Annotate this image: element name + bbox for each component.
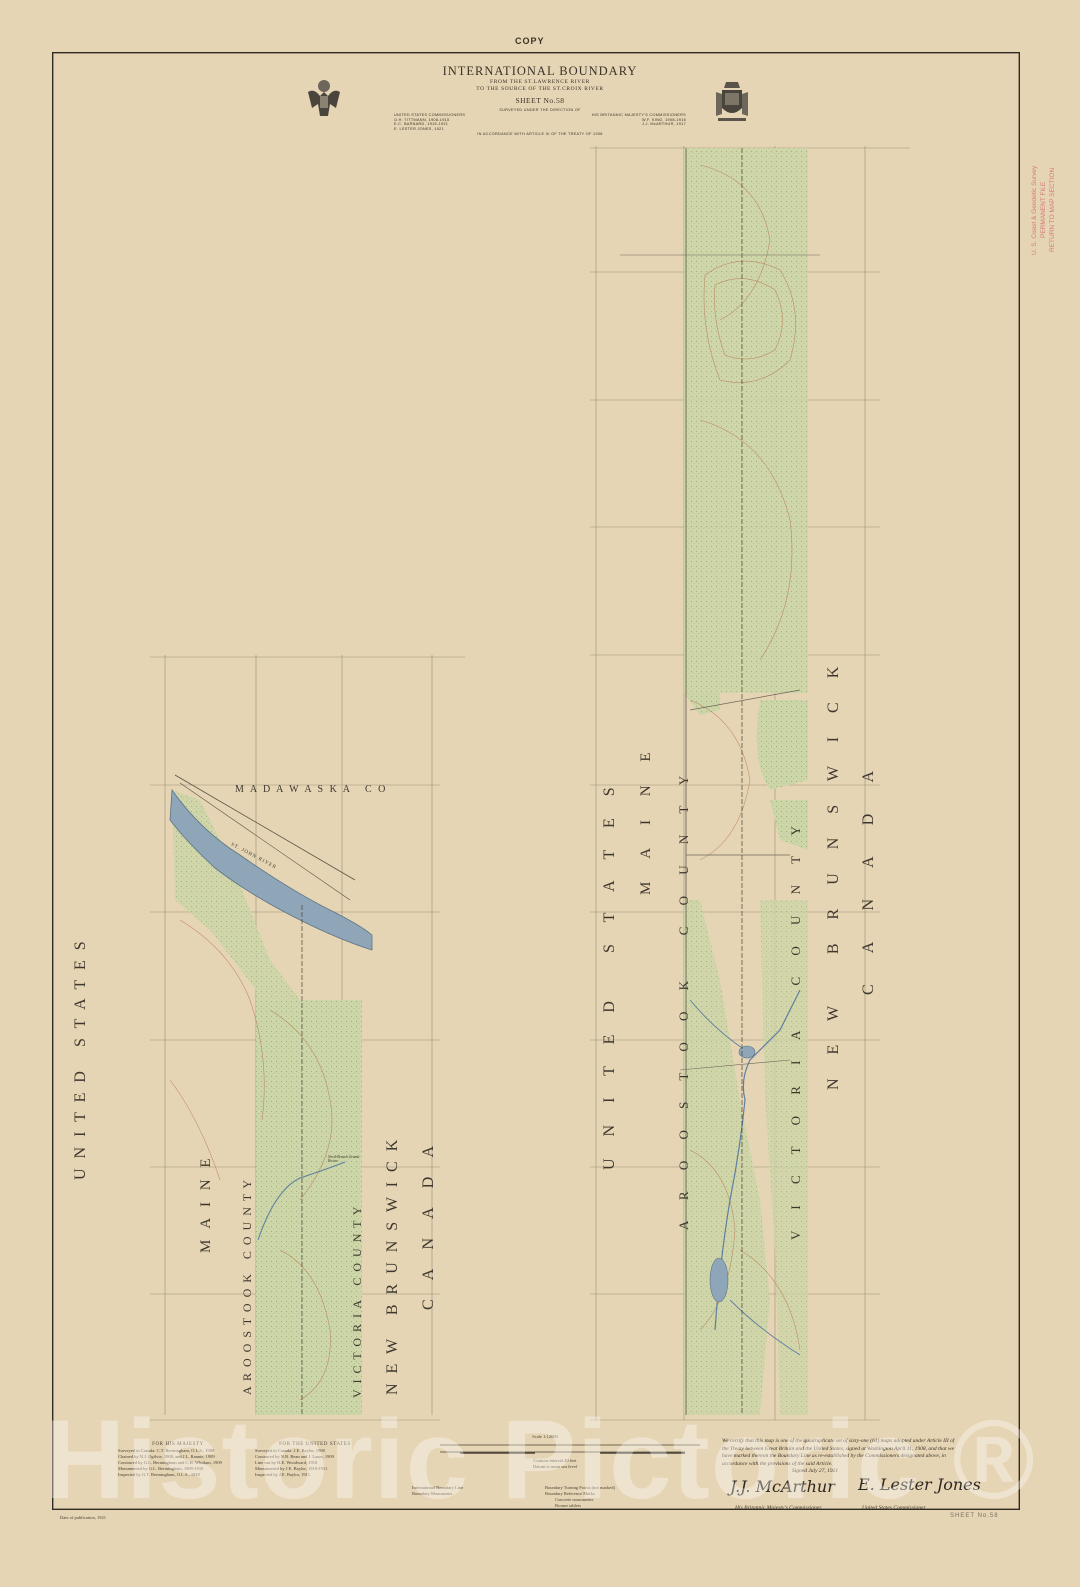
united-states-label-right: U N I T E D S T A T E S xyxy=(601,778,619,1170)
north-branch-label: North Branch Grande Riviere xyxy=(328,1155,368,1163)
lake xyxy=(710,1258,728,1302)
watermark: Historic Pictoric ® xyxy=(0,1395,1080,1524)
canada-label-right: C A N A D A xyxy=(860,757,878,995)
new-brunswick-label-left: N E W B R U N S W I C K xyxy=(384,1137,402,1395)
united-states-label-left: U N I T E D S T A T E S xyxy=(72,950,90,1180)
aroostook-county-label-left: A R O O S T O O K C O U N T Y xyxy=(240,1178,255,1395)
maine-label-right: M A I N E xyxy=(638,742,655,895)
madawaska-county-label: M A D A W A S K A C O xyxy=(235,784,387,795)
new-brunswick-label-right: N E W B R U N S W I C K xyxy=(825,657,843,1090)
maine-label-left: M A I N E xyxy=(198,1154,215,1253)
canada-label-left: C A N A D A xyxy=(420,1138,438,1310)
aroostook-county-label-right: A R O O S T O O K C O U N T Y xyxy=(676,767,692,1230)
map-canvas xyxy=(0,0,1080,1587)
victoria-county-label-left: V I C T O R I A C O U N T Y xyxy=(350,1205,365,1398)
mill-pond xyxy=(739,1046,755,1058)
victoria-county-label-right: V I C T O R I A C O U N T Y xyxy=(788,817,804,1240)
